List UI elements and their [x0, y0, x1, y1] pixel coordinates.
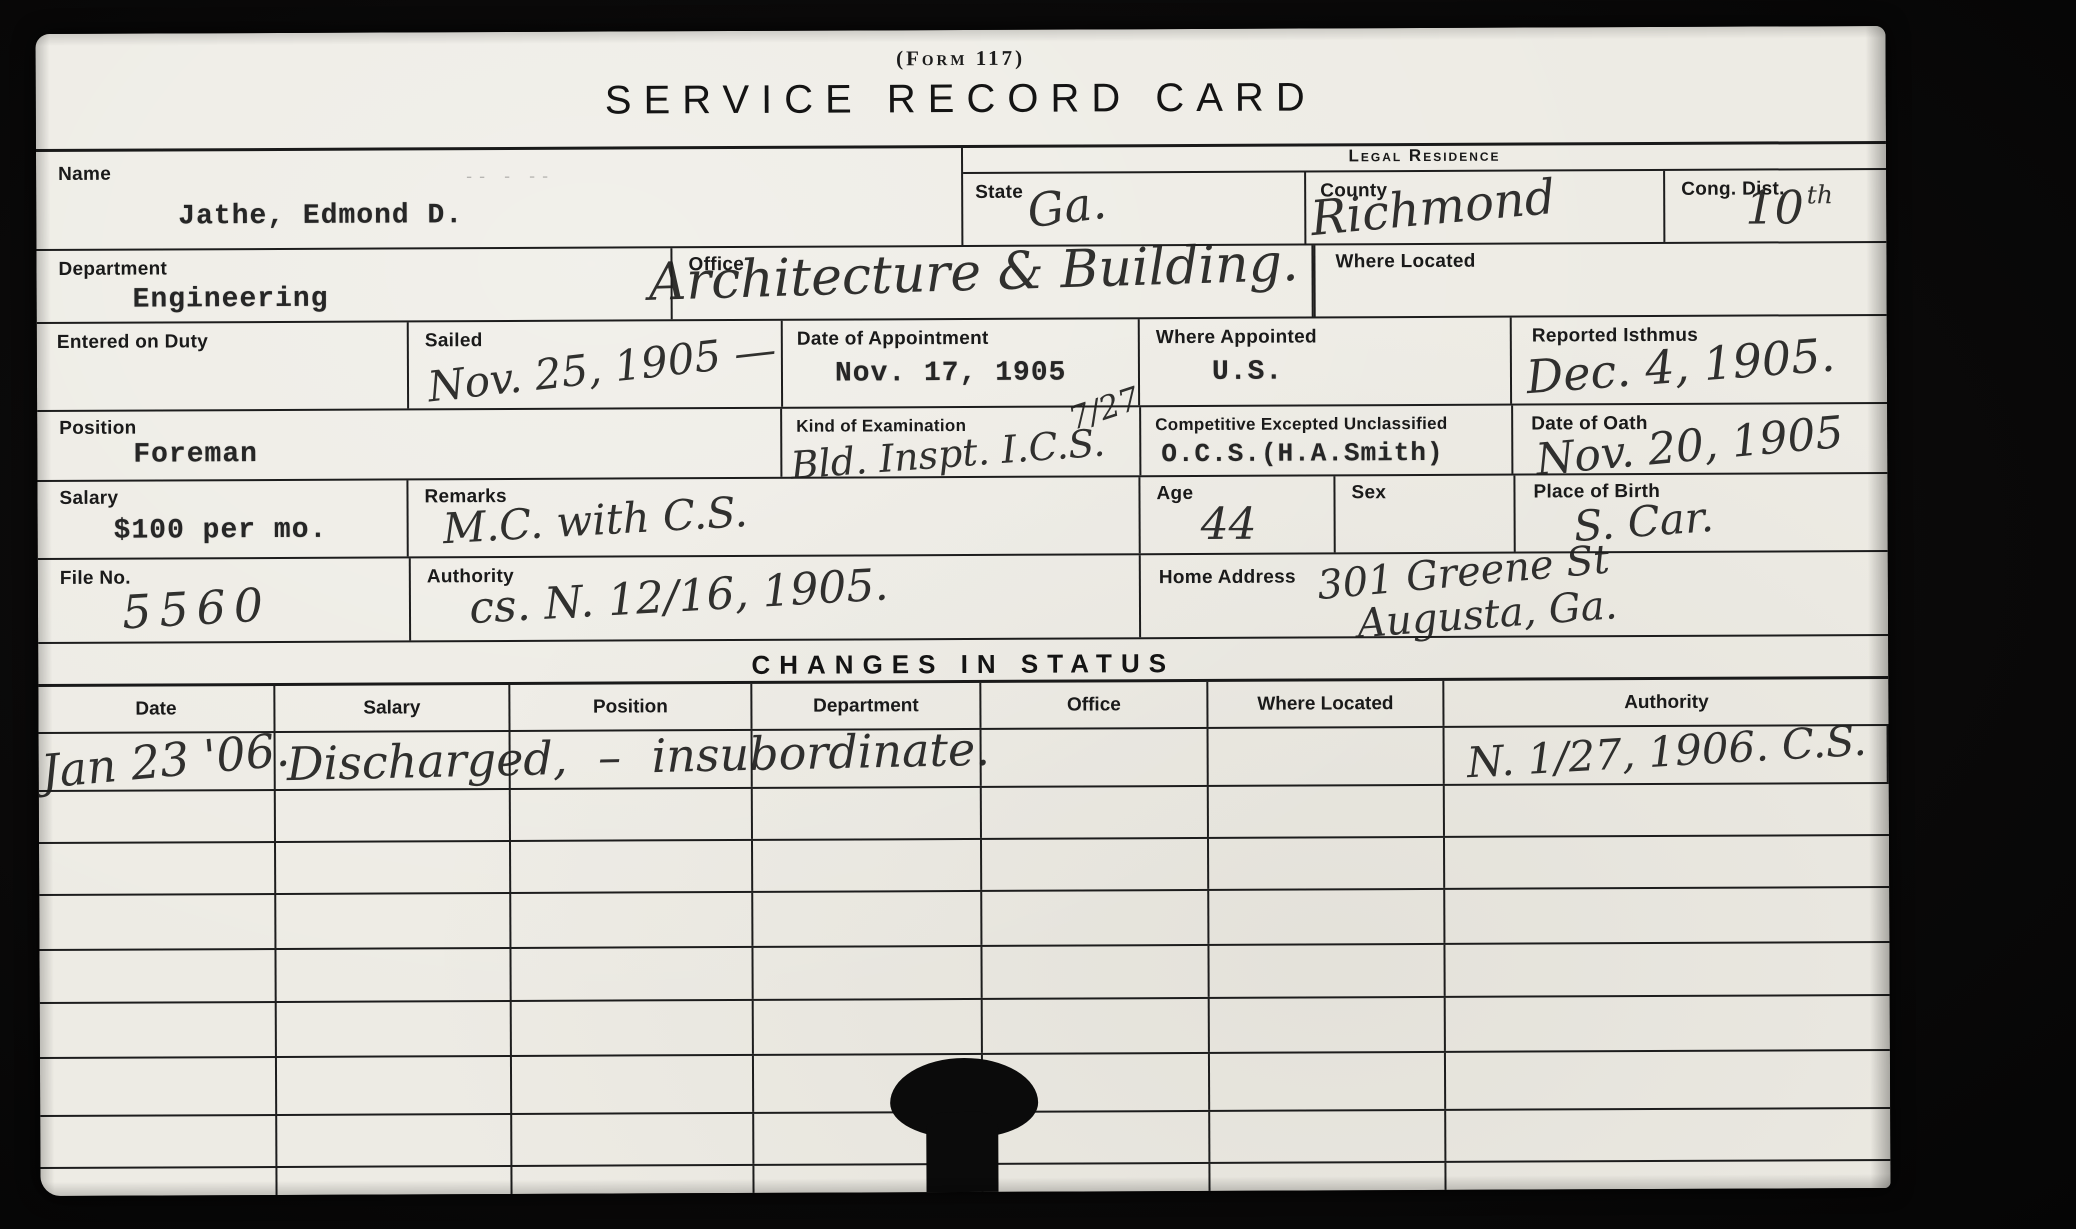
status-cell [1445, 784, 1889, 836]
status-cell [1209, 945, 1445, 997]
status-cell [982, 787, 1209, 838]
field-department: Department Engineering [36, 248, 672, 322]
status-cell [753, 788, 982, 839]
legal-residence-group: Legal Residence State Ga. County Richmon… [963, 144, 1886, 245]
status-cell [753, 840, 982, 891]
legal-residence-title: Legal Residence [1348, 146, 1500, 166]
status-cell [983, 1164, 1210, 1196]
status-cell [1210, 1163, 1446, 1196]
field-competitive: Competitive Excepted Unclassified O.C.S.… [1141, 406, 1513, 476]
status-cell [39, 950, 276, 1002]
field-file-no: File No. 5560 [38, 558, 411, 642]
field-remarks: Remarks M.C. with C.S. [408, 477, 1140, 556]
age-label: Age [1156, 483, 1193, 505]
status-cell [1210, 998, 1446, 1052]
status-cell: Salary [275, 685, 510, 731]
position-value: Foreman [133, 439, 258, 471]
field-name: Name -- - -- Jathe, Edmond D. [36, 148, 963, 249]
status-cell [277, 1115, 512, 1166]
status-cell [1446, 1109, 1890, 1161]
field-where-appointed: Where Appointed U.S. [1140, 318, 1512, 406]
status-cell [511, 789, 753, 840]
name-label: Name [58, 164, 111, 186]
sailed-label: Sailed [425, 330, 483, 352]
legal-residence-cells: State Ga. County Richmond Cong. Dist. 10… [963, 170, 1886, 245]
status-cell [982, 839, 1209, 890]
competitive-label: Competitive Excepted Unclassified [1155, 414, 1447, 435]
status-cell [753, 892, 982, 946]
status-cell [753, 947, 982, 999]
file-no-value: 5560 [121, 577, 273, 639]
entered-on-duty-label: Entered on Duty [57, 331, 208, 354]
sex-label: Sex [1351, 482, 1386, 504]
row-file: File No. 5560 Authority cs. N. 12/16, 19… [38, 552, 1888, 644]
field-age: Age 44 [1140, 476, 1335, 553]
status-cell [983, 999, 1210, 1053]
status-cell [511, 948, 753, 1000]
status-cell [277, 1057, 512, 1114]
empty-status-row [40, 996, 1890, 1059]
card-title: SERVICE RECORD CARD [36, 73, 1886, 126]
status-cell [40, 1168, 277, 1196]
where-located-label: Where Located [1335, 251, 1475, 274]
status-cell [1445, 836, 1889, 888]
status-cell [512, 1166, 754, 1196]
position-label: Position [59, 418, 136, 440]
field-sex: Sex [1335, 476, 1515, 553]
field-reported-isthmus: Reported Isthmus Dec. 4, 1905. [1512, 316, 1887, 404]
status-cell [1445, 888, 1889, 943]
punch-hole-stem [926, 1112, 998, 1194]
status-cell [982, 729, 1209, 786]
status-cell [1209, 728, 1445, 785]
status-cell [40, 1058, 277, 1115]
department-label: Department [58, 258, 167, 280]
status-cell [1209, 786, 1445, 837]
row-department: Department Engineering Office Where Loca… [36, 243, 1886, 324]
cong-dist-value: 10th [1745, 180, 1833, 234]
row-position: Position Foreman Kind of Examination Bld… [37, 404, 1887, 482]
status-cell [1209, 838, 1445, 889]
state-value: Ga. [1024, 175, 1109, 239]
field-sailed: Sailed Nov. 25, 1905 — [409, 321, 783, 409]
empty-status-row [39, 943, 1889, 1004]
home-address-label: Home Address [1159, 567, 1296, 590]
empty-status-row [39, 888, 1889, 951]
status-cell [511, 893, 753, 947]
status-cell [39, 843, 276, 894]
scanned-document-background: (Form 117) SERVICE RECORD CARD Name -- -… [0, 0, 2076, 1229]
field-home-address: Home Address 301 Greene St Augusta, Ga. [1141, 552, 1888, 637]
row-salary: Salary $100 per mo. Remarks M.C. with C.… [37, 474, 1887, 560]
status-cell [276, 949, 511, 1001]
state-label: State [975, 182, 1023, 204]
status-cell [1445, 943, 1889, 996]
cong-dist-suffix: th [1807, 180, 1833, 209]
name-value: Jathe, Edmond D. [178, 200, 463, 232]
salary-value: $100 per mo. [114, 515, 328, 547]
field-salary: Salary $100 per mo. [37, 480, 408, 558]
field-entered-on-duty: Entered on Duty [37, 322, 409, 410]
field-authority: Authority cs. N. 12/16, 1905. [411, 555, 1141, 640]
row-appointment: Entered on Duty Sailed Nov. 25, 1905 — D… [37, 316, 1887, 412]
status-cell [512, 1056, 754, 1113]
date-of-appointment-value: Nov. 17, 1905 [835, 358, 1067, 390]
age-value: 44 [1201, 499, 1257, 550]
status-cell [276, 790, 511, 841]
status-cell [1446, 1051, 1890, 1109]
status-cell [1446, 1161, 1890, 1196]
status-row-discharge: Jan 23 '06. Discharged, – insubordinate.… [39, 726, 1889, 792]
field-where-located: Where Located [1313, 245, 1315, 316]
cong-dist-number: 10 [1745, 180, 1804, 234]
status-cell [511, 841, 753, 892]
status-cell [982, 891, 1209, 945]
status-cell [277, 1167, 512, 1196]
row-name-residence: Name -- - -- Jathe, Edmond D. Legal Resi… [36, 144, 1886, 251]
status-cell [276, 842, 511, 893]
field-county: County Richmond [1306, 171, 1665, 244]
status-cell [1446, 996, 1890, 1051]
status-cell [39, 791, 276, 842]
status-cell [39, 895, 276, 949]
status-cell [1210, 1111, 1446, 1162]
empty-status-row [39, 784, 1889, 844]
salary-label: Salary [59, 488, 118, 510]
card-header: (Form 117) SERVICE RECORD CARD [35, 26, 1885, 152]
pencil-marks: -- - -- [466, 166, 555, 187]
status-cell [1209, 890, 1445, 944]
status-cell: Office [981, 682, 1208, 728]
status-cell: Date [38, 686, 275, 732]
competitive-value: O.C.S.(H.A.Smith) [1161, 438, 1443, 469]
status-cell [276, 894, 511, 948]
status-cell: Where Located [1208, 681, 1444, 727]
date-of-appointment-label: Date of Appointment [797, 328, 989, 351]
field-position: Position Foreman [37, 409, 782, 480]
service-record-card: (Form 117) SERVICE RECORD CARD Name -- -… [35, 26, 1890, 1196]
authority-value: cs. N. 12/16, 1905. [468, 559, 890, 634]
department-value: Engineering [133, 284, 329, 316]
status-cell [1210, 1053, 1446, 1110]
where-appointed-label: Where Appointed [1156, 326, 1317, 349]
field-date-of-oath: Date of Oath Nov. 20, 1905 [1513, 404, 1887, 474]
field-cong-dist: Cong. Dist. 10th [1665, 170, 1886, 242]
where-appointed-value: U.S. [1212, 357, 1283, 388]
empty-status-row [39, 836, 1889, 896]
form-number: (Form 117) [35, 26, 1885, 75]
status-cell [40, 1003, 277, 1057]
status-cell [512, 1114, 754, 1165]
legal-residence-header: Legal Residence [963, 144, 1886, 174]
status-cell [512, 1001, 754, 1055]
field-kind-of-examination: Kind of Examination Bld. Inspt. I.C.S. 7… [782, 407, 1141, 477]
status-cell [982, 946, 1209, 998]
status-cell: Position [510, 684, 752, 730]
status-cell [40, 1116, 277, 1167]
status-cell [754, 1000, 983, 1054]
changes-title: CHANGES IN STATUS [751, 639, 1175, 681]
status-cell [277, 1002, 512, 1056]
